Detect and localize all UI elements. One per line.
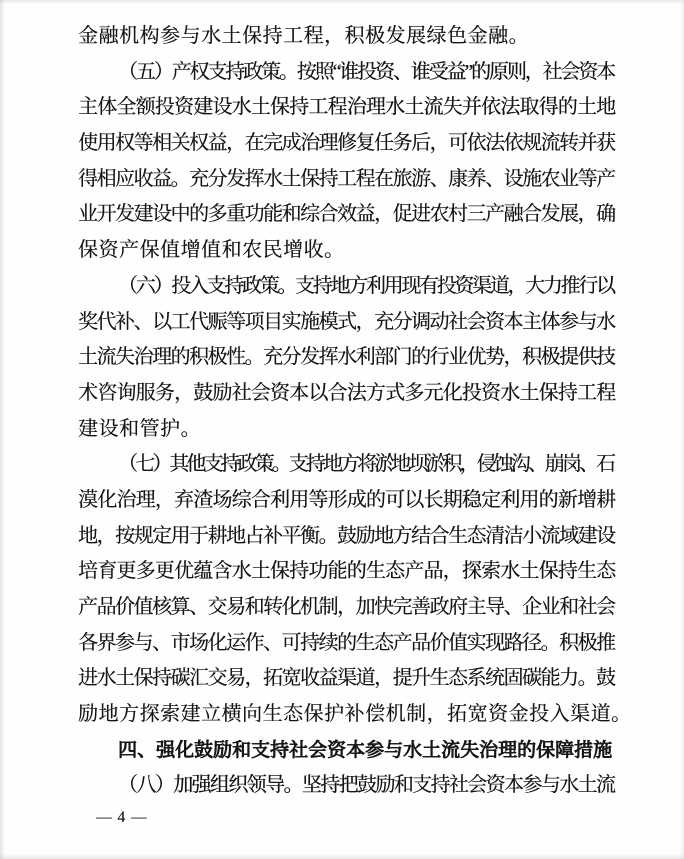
text-line-content: 业开发建设中的多重功能和综合效益，促进农村三产融合发展，确 [78,203,615,225]
text-line: 使用权等相关权益，在完成治理修复任务后，可依法依规流转并获 [78,126,616,162]
text-line-content: （六）投入支持政策。支持地方利用现有投资渠道，大力推行以 [118,275,614,297]
text-line-content: 漠化治理，弃渣场综合利用等形成的可以长期稳定利用的新增耕 [78,489,615,511]
text-line: 地，按规定用于耕地占补平衡。鼓励地方结合生态清洁小流域建设 [78,519,616,555]
text-line-content: 进水土保持碳汇交易，拓宽收益渠道，提升生态系统固碳能力。鼓 [78,667,615,689]
text-line-content: 各界参与、市场化运作、可持续的生态产品价值实现路径。积极推 [78,632,615,654]
text-line: （六）投入支持政策。支持地方利用现有投资渠道，大力推行以 [78,269,616,305]
text-line: 各界参与、市场化运作、可持续的生态产品价值实现路径。积极推 [78,626,616,662]
section-heading: 四、强化鼓励和支持社会资本参与水土流失治理的保障措施 [78,733,616,769]
text-line-content: 保资产保值增值和农民增收。 [78,239,345,261]
text-line: 漠化治理，弃渣场综合利用等形成的可以长期稳定利用的新增耕 [78,483,616,519]
text-line: （八）加强组织领导。坚持把鼓励和支持社会资本参与水土流 [78,768,616,804]
text-line-content: 使用权等相关权益，在完成治理修复任务后，可依法依规流转并获 [78,132,615,154]
document-page: 金融机构参与水土保持工程，积极发展绿色金融。（五）产权支持政策。按照“谁投资、谁… [0,0,684,859]
text-line-content: 地，按规定用于耕地占补平衡。鼓励地方结合生态清洁小流域建设 [78,525,615,547]
text-line: 建设和管护。 [78,412,616,448]
text-line: 主体全额投资建设水土保持工程治理水土流失并依法取得的土地 [78,90,616,126]
text-line-content: 主体全额投资建设水土保持工程治理水土流失并依法取得的土地 [78,96,615,118]
text-line-content: 术咨询服务，鼓励社会资本以合法方式多元化投资水土保持工程 [78,382,615,404]
text-line-content: （八）加强组织领导。坚持把鼓励和支持社会资本参与水土流 [118,774,614,796]
text-line-content: 金融机构参与水土保持工程，积极发展绿色金融。 [78,25,529,47]
text-line: 奖代补、以工代赈等项目实施模式，充分调动社会资本主体参与水 [78,305,616,341]
text-line-content: 土流失治理的积极性。充分发挥水利部门的行业优势，积极提供技 [78,346,615,368]
text-line-content: 奖代补、以工代赈等项目实施模式，充分调动社会资本主体参与水 [78,311,615,333]
text-line: 术咨询服务，鼓励社会资本以合法方式多元化投资水土保持工程 [78,376,616,412]
text-line-content: 产品价值核算、交易和转化机制，加快完善政府主导、企业和社会 [78,596,615,618]
text-line-content: （七）其他支持政策。支持地方将淤地坝淤积，侵蚀沟、崩岗、石 [118,453,613,475]
text-line-content: 四、强化鼓励和支持社会资本参与水土流失治理的保障措施 [118,739,612,761]
text-line: 保资产保值增值和农民增收。 [78,233,616,269]
text-line-content: 得相应收益。充分发挥水土保持工程在旅游、康养、设施农业等产 [78,168,615,190]
document-body: 金融机构参与水土保持工程，积极发展绿色金融。（五）产权支持政策。按照“谁投资、谁… [78,19,616,804]
text-line: 金融机构参与水土保持工程，积极发展绿色金融。 [78,19,616,55]
text-line: 励地方探索建立横向生态保护补偿机制，拓宽资金投入渠道。 [78,697,616,733]
text-line-content: 建设和管护。 [78,418,201,440]
text-line: 业开发建设中的多重功能和综合效益，促进农村三产融合发展，确 [78,197,616,233]
page-number: — 4 — [96,806,148,830]
text-line: （五）产权支持政策。按照“谁投资、谁受益”的原则，社会资本 [78,55,616,91]
text-line-content: 培育更多更优蕴含水土保持功能的生态产品，探索水土保持生态 [78,560,615,582]
text-line-content: 励地方探索建立横向生态保护补偿机制，拓宽资金投入渠道。 [78,703,632,725]
text-line-content: （五）产权支持政策。按照“谁投资、谁受益”的原则，社会资本 [118,61,614,83]
text-line: 土流失治理的积极性。充分发挥水利部门的行业优势，积极提供技 [78,340,616,376]
text-line: （七）其他支持政策。支持地方将淤地坝淤积，侵蚀沟、崩岗、石 [78,447,616,483]
text-line: 进水土保持碳汇交易，拓宽收益渠道，提升生态系统固碳能力。鼓 [78,661,616,697]
text-line: 得相应收益。充分发挥水土保持工程在旅游、康养、设施农业等产 [78,162,616,198]
text-line: 产品价值核算、交易和转化机制，加快完善政府主导、企业和社会 [78,590,616,626]
text-line: 培育更多更优蕴含水土保持功能的生态产品，探索水土保持生态 [78,554,616,590]
